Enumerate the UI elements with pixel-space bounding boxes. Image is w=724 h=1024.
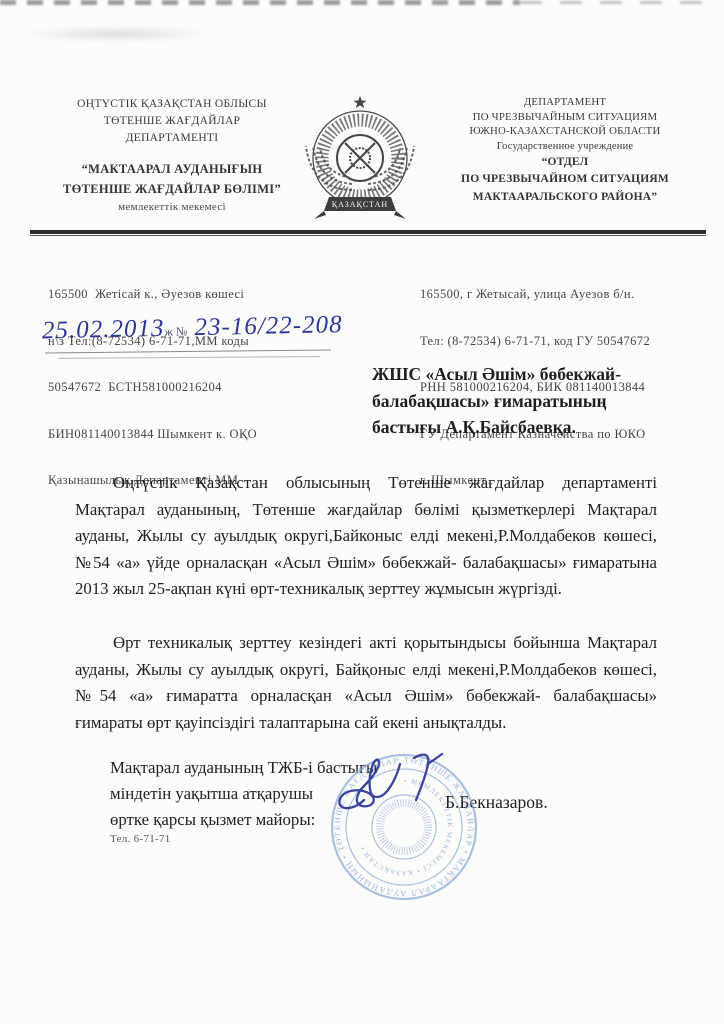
letterhead-left-line: ДЕПАРТАМЕНТІ — [52, 130, 292, 147]
emblem-banner-text: ҚАЗАҚСТАН — [332, 200, 388, 209]
body-paragraph-1: Оңтүстік Қазақстан облысының Төтенше жағ… — [75, 470, 657, 603]
letterhead-left-line: ТӨТЕНШЕ ЖАҒДАЙЛАР — [52, 113, 292, 130]
letterhead-right-line: ДЕПАРТАМЕНТ — [438, 95, 692, 110]
handwritten-date: 25.02.2013 — [42, 315, 165, 345]
letterhead-left-subtitle: мемлекеттік мекемесі — [52, 199, 292, 215]
form-label: ж № — [164, 324, 187, 338]
recipient-line: ЖШС «Асыл Әшім» бөбекжай- — [372, 361, 702, 388]
letter-body: Оңтүстік Қазақстан облысының Төтенше жағ… — [75, 470, 657, 763]
address-right-line: 165500, г Жетысай, улица Ауезов б/н. — [420, 287, 710, 303]
body-paragraph-2: Өрт техникалық зерттеу кезіндегі акті қо… — [75, 630, 657, 736]
address-left-line: БИН081140013844 Шымкент к. ОҚО — [48, 427, 358, 443]
letterhead-right-gov-line: Государственное учреждение — [438, 139, 692, 154]
kazakhstan-coat-of-arms-icon: ҚАЗАҚСТАН — [296, 94, 424, 226]
letterhead-left-org-line: “МАКТААРАЛ АУДАНЫҒЫН — [52, 159, 292, 179]
phone-note: Тел. 6-71-71 — [110, 833, 171, 845]
handwritten-number: 23-16/22-208 — [194, 311, 343, 341]
letterhead-left: ОҢТҮСТІК ҚАЗАҚСТАН ОБЛЫСЫ ТӨТЕНШЕ ЖАҒДАЙ… — [52, 96, 292, 215]
scanned-letter-page: ОҢТҮСТІК ҚАЗАҚСТАН ОБЛЫСЫ ТӨТЕНШЕ ЖАҒДАЙ… — [0, 0, 724, 1024]
recipient-block: ЖШС «Асыл Әшім» бөбекжай- балабақшасы» ғ… — [372, 361, 702, 441]
letterhead-right-org-line: МАКТААРАЛЬСКОГО РАЙОНА” — [438, 189, 692, 207]
address-left-line: 50547672 БСТН581000216204 — [48, 380, 358, 396]
letterhead-right-org-line: “ОТДЕЛ — [438, 154, 692, 172]
letterhead-divider — [30, 230, 706, 236]
recipient-line: бастығы А.Қ.Байсбаевқа. — [372, 414, 702, 441]
scan-smudge — [22, 26, 212, 42]
letterhead-right-line: ПО ЧРЕЗВЫЧАЙНЫМ СИТУАЦИЯМ — [438, 110, 692, 125]
scan-artifact-top-right — [520, 1, 720, 4]
scan-artifact-top — [0, 0, 520, 5]
letterhead-right: ДЕПАРТАМЕНТ ПО ЧРЕЗВЫЧАЙНЫМ СИТУАЦИЯМ ЮЖ… — [438, 95, 692, 206]
handwritten-signature — [330, 744, 460, 820]
letterhead-left-org-line: ТӨТЕНШЕ ЖАҒДАЙЛАР БӨЛІМІ” — [52, 179, 292, 199]
address-left-line: 165500 Жетісай к., Әуезов көшесі — [48, 287, 358, 303]
letterhead-right-org-line: ПО ЧРЕЗВЫЧАЙНОМ СИТУАЦИЯМ — [438, 171, 692, 189]
recipient-line: балабақшасы» ғимаратының — [372, 388, 702, 415]
address-right-line: Тел: (8-72534) 6-71-71, код ГУ 50547672 — [420, 334, 710, 350]
letterhead-left-line: ОҢТҮСТІК ҚАЗАҚСТАН ОБЛЫСЫ — [52, 96, 292, 113]
letterhead-right-line: ЮЖНО-КАЗАХСТАНСКОЙ ОБЛАСТИ — [438, 124, 692, 139]
